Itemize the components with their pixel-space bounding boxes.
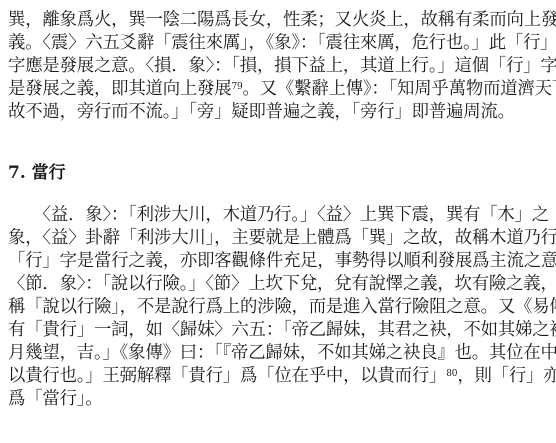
text-line: 稱「說以行險」，不是說行爲上的涉險，而是進入當行險阻之意。又《易傳》中 [8, 296, 550, 318]
text-line: 象，〈益〉卦辭「利涉大川」，主要就是上體爲「巽」之故，故稱木道乃行。這 [8, 227, 550, 249]
text-segment: 是發展之義，即其道向上發展 [8, 79, 231, 99]
text-line: 義。〈震〉六五爻辭「震往來厲」，《象》：「震往來厲，危行也。」此「行」 [8, 32, 550, 54]
text-line: 〈益．象〉：「利涉大川，木道乃行。」〈益〉上巽下震，巽有「木」之 [8, 204, 550, 226]
text-segment: ，則「行」亦宜釋 [457, 366, 556, 386]
text-line: 月幾望，吉。」《象傳》曰：「『帝乙歸妹，不如其娣之袂良』也。其位在中， [8, 342, 550, 364]
text-line: 〈節．象〉：「說以行險。」〈節〉上坎下兌，兌有說懌之義，坎有險之義，故 [8, 273, 550, 295]
section-heading: 7. 當行 [8, 162, 66, 184]
footnote-marker: 79 [231, 82, 242, 92]
footnote-marker: 80 [446, 369, 457, 379]
text-line: 巽，離象爲火，巽一陰二陽爲長女，性柔；又火炎上，故稱有柔而向上發展之 [8, 9, 550, 31]
text-line: 以貴行也。」王弼解釋「貴行」爲「位在乎中，以貴而行」80，則「行」亦宜釋 [8, 365, 550, 387]
text-line: 「行」字是當行之義，亦即客觀條件充足，事勢得以順利發展爲主流之意。又 [8, 250, 550, 272]
text-line: 爲「當行」。 [8, 388, 550, 410]
text-line: 是發展之義，即其道向上發展79。又《繫辭上傳》：「知周乎萬物而道濟天下， [8, 78, 550, 100]
text-line: 字應是發展之意。〈損．象〉：「損，損下益上，其道上行。」這個「行」字也 [8, 55, 550, 77]
text-segment: 。又《繫辭上傳》：「知周乎萬物而道濟天下， [243, 79, 556, 99]
text-line: 故不過，旁行而不流。」「旁」疑即普遍之義，「旁行」即普遍周流。 [8, 101, 550, 123]
text-line: 有「貴行」一詞，如〈歸妹〉六五：「帝乙歸妹，其君之袂，不如其娣之袂良。 [8, 319, 550, 341]
text-segment: 以貴行也。」王弼解釋「貴行」爲「位在乎中，以貴而行」 [8, 366, 446, 386]
